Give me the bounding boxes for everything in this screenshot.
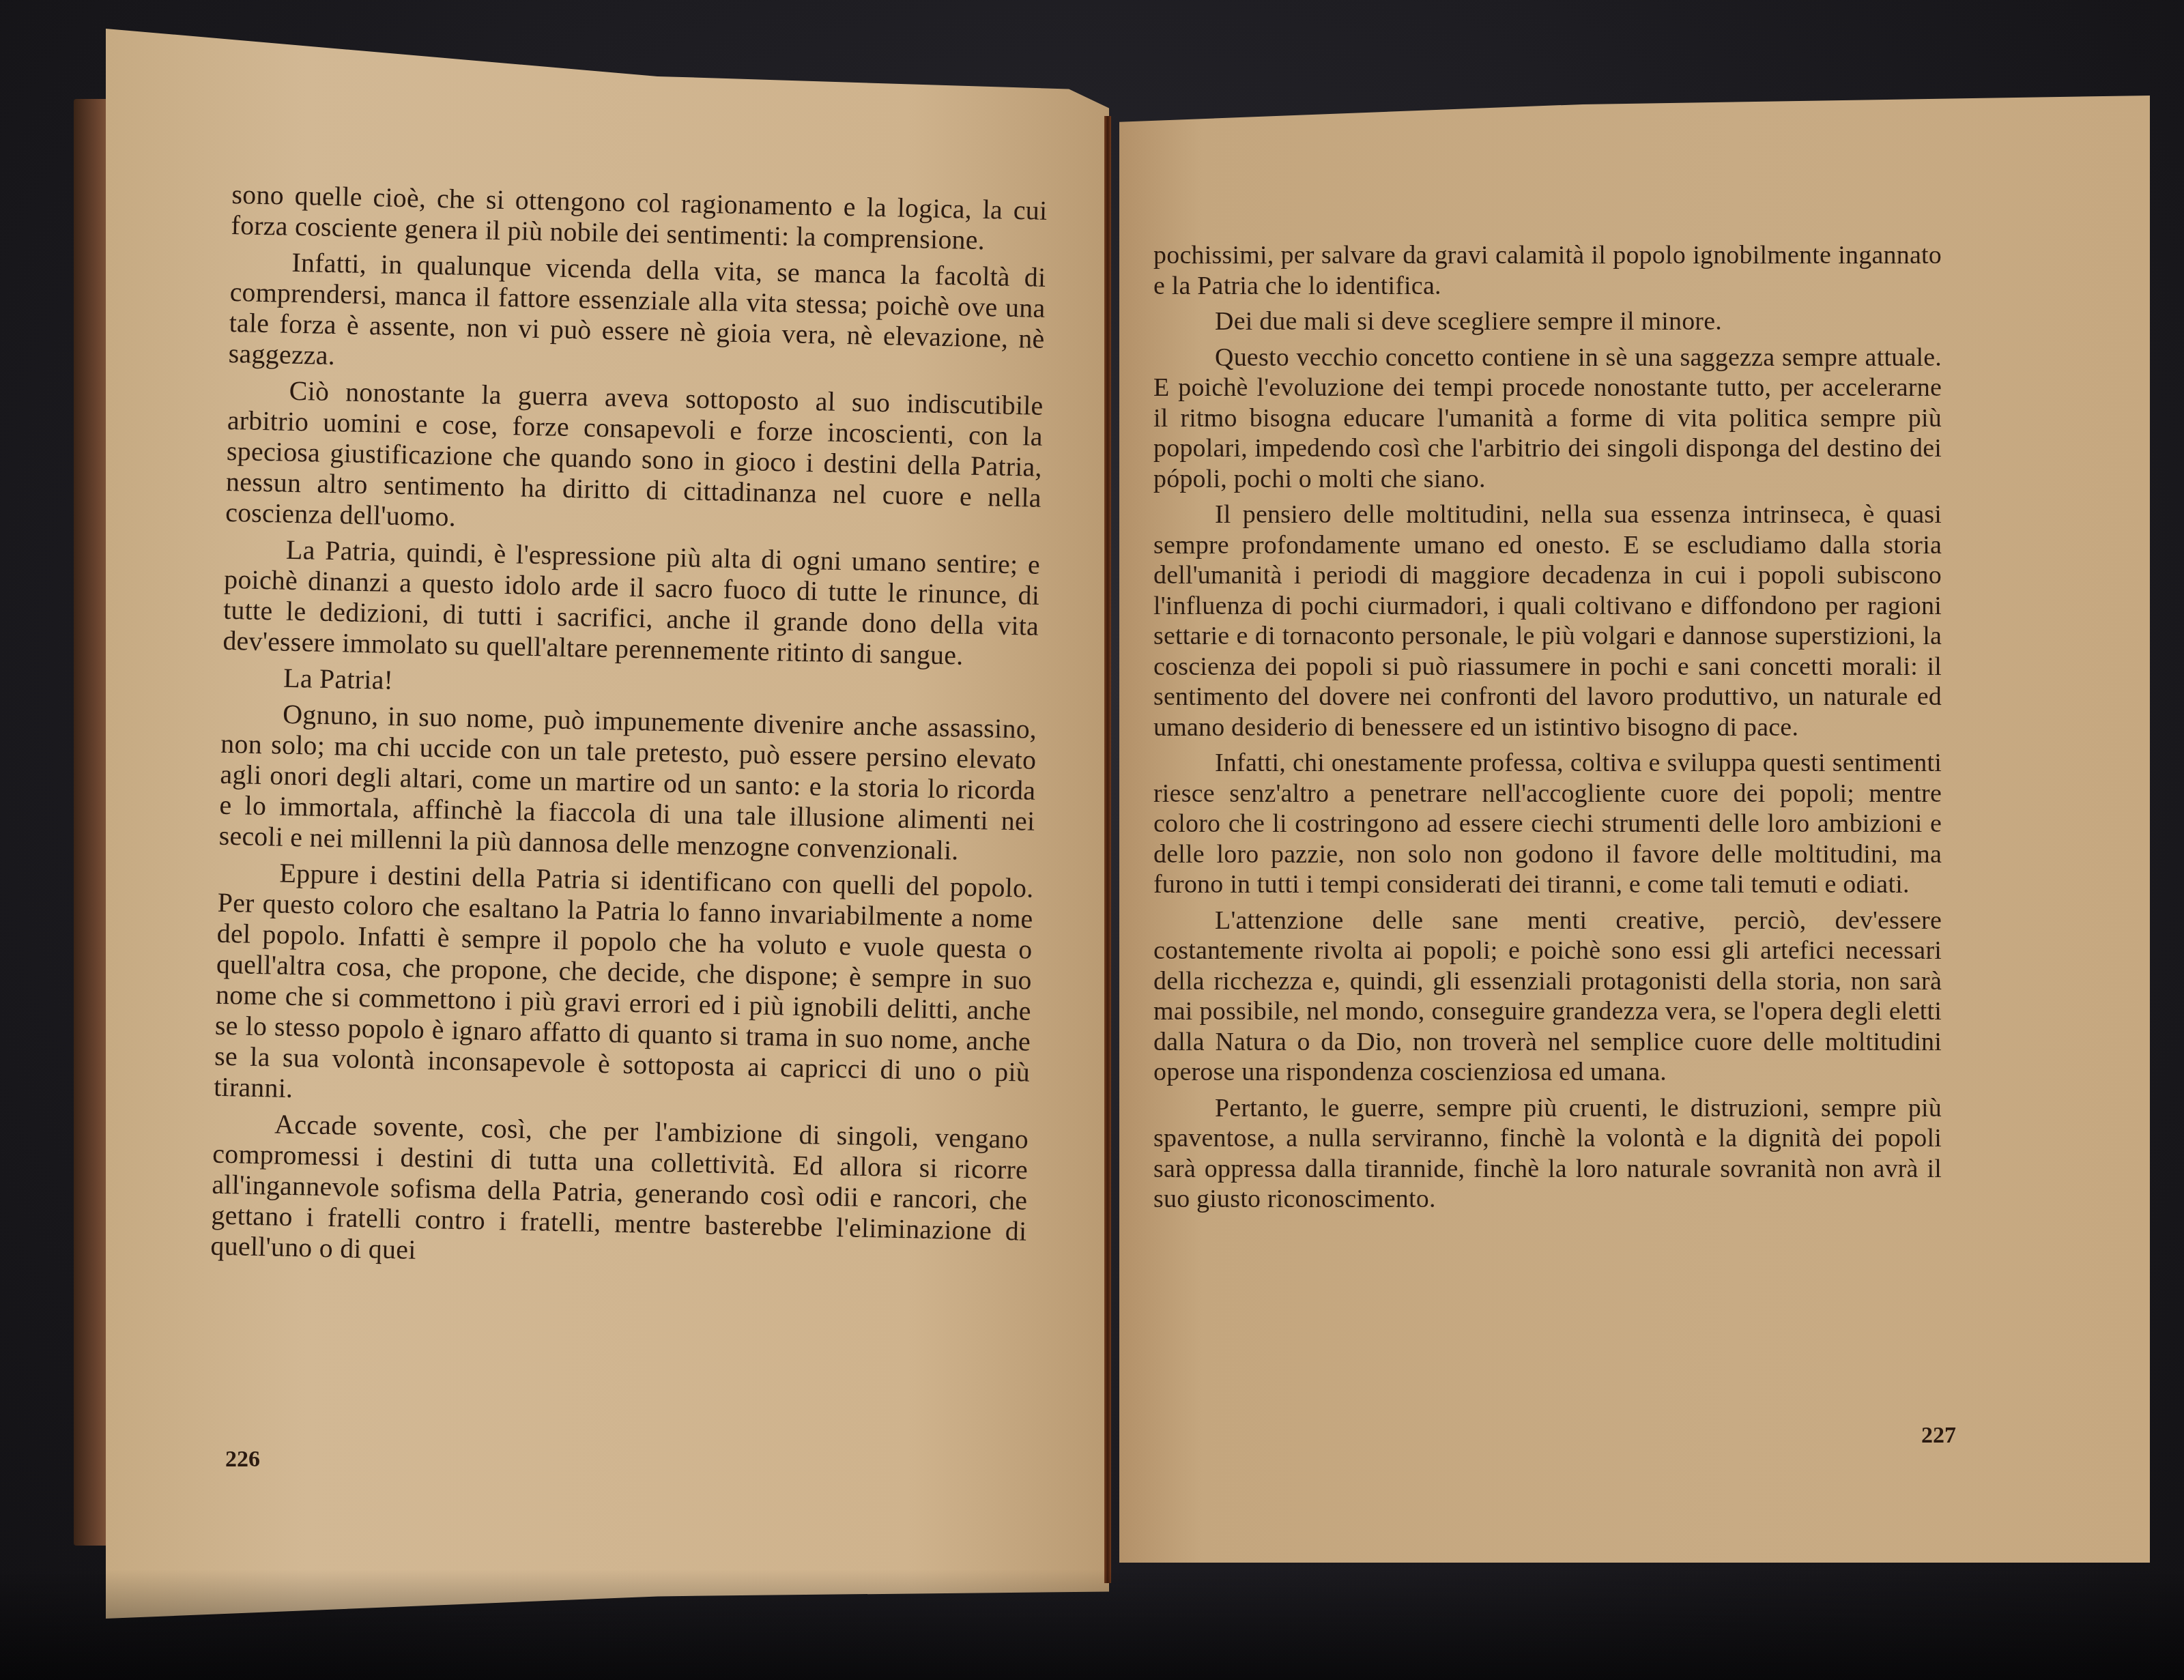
paragraph: La Patria, quindi, è l'espressione più a… xyxy=(222,533,1040,672)
page-number-right: 227 xyxy=(1921,1423,1956,1449)
paragraph: Dei due mali si deve scegliere sempre il… xyxy=(1153,306,1942,337)
right-page-text: pochissimi, per salvare da gravi calamit… xyxy=(1153,240,1942,1220)
paragraph: Accade sovente, così, che per l'ambizion… xyxy=(210,1107,1029,1277)
page-number-left: 226 xyxy=(225,1447,260,1473)
open-book: sono quelle cioè, che si ottengono col r… xyxy=(0,0,2184,1680)
paragraph: Eppure i destini della Patria si identif… xyxy=(214,856,1034,1118)
left-page-text: sono quelle cioè, che si ottengono col r… xyxy=(210,179,1048,1283)
book-gutter xyxy=(1104,116,1111,1583)
paragraph: Questo vecchio concetto contiene in sè u… xyxy=(1153,343,1942,495)
paragraph: Il pensiero delle moltitudini, nella sua… xyxy=(1153,499,1942,742)
paragraph: Ognuno, in suo nome, può impunemente div… xyxy=(218,697,1037,867)
paragraph: Infatti, chi onestamente professa, colti… xyxy=(1153,748,1942,900)
paragraph: Ciò nonostante la guerra aveva sottopost… xyxy=(225,374,1044,544)
paragraph: L'attenzione delle sane menti creative, … xyxy=(1153,906,1942,1088)
paragraph: pochissimi, per salvare da gravi calamit… xyxy=(1153,240,1942,301)
paragraph: Pertanto, le guerre, sempre più cruenti,… xyxy=(1153,1093,1942,1215)
table-shadow xyxy=(0,1569,2184,1680)
paragraph: Infatti, in qualunque vicenda della vita… xyxy=(228,246,1046,385)
